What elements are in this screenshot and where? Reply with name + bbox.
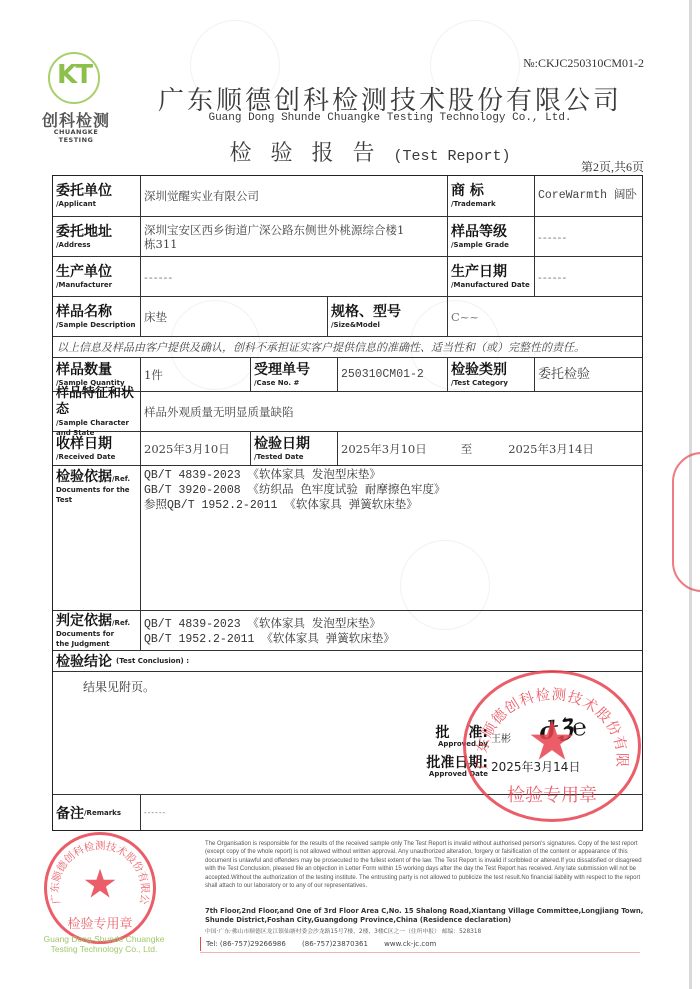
report-number: №:CKJC250310CM01-2 [523, 56, 644, 71]
logo-mark: KT [48, 60, 100, 90]
table-row: 委托单位 /Applicant 深圳觉醒实业有限公司 商 标 /Trademar… [53, 176, 642, 216]
test-category-label: 检验类别 /Test Category [447, 358, 534, 391]
table-row: 样品数量 /Sample Quantity 1件 受理单号 /Case No. … [53, 357, 642, 391]
sample-grade-label: 样品等级 /Sample Grade [447, 217, 534, 256]
star-icon: ★ [82, 861, 118, 907]
list-item: 参照QB/T 1952.2-2011 《软体家具 弹簧软床垫》 [144, 498, 418, 513]
company-logo: KT 创科检测 CHUANGKE TESTING [36, 52, 116, 140]
list-item: QB/T 4839-2023 《软体家具 发泡型床垫》 [144, 468, 381, 483]
edge-stamp [672, 452, 700, 592]
table-row: 判定依据/Ref. Documents for the Judgment QB/… [53, 610, 642, 650]
table-row: 样品特征和状态 /Sample Character and State 样品外观… [53, 391, 642, 431]
list-item: GB/T 3920-2008 《纺织品 色牢度试验 耐摩擦色牢度》 [144, 483, 445, 498]
table-row: 检验结论 (Test Conclusion) : [53, 650, 642, 671]
manufactured-date-value: ------ [534, 257, 642, 296]
sample-description-label: 样品名称 /Sample Description [53, 297, 140, 336]
footer-company-en: Guang Dong Shunde Chuangke Testing Techn… [36, 934, 172, 954]
website-link[interactable]: www.ck-jc.com [384, 940, 436, 948]
stamp-bottom-text: 检验专用章 [466, 781, 638, 807]
manufacturer-label: 生产单位 /Manufacturer [53, 257, 140, 296]
test-documents-label: 检验依据/Ref. Documents for the Test [53, 466, 140, 610]
conclusion-label: 检验结论 (Test Conclusion) : [53, 651, 189, 671]
manufactured-date-label: 生产日期 /Manufactured Date [447, 257, 534, 296]
judgment-documents-label: 判定依据/Ref. Documents for the Judgment [53, 611, 140, 650]
table-row: 样品名称 /Sample Description 床垫 规格、型号 /Size&… [53, 296, 642, 336]
tested-date-label: 检验日期 /Tested Date [250, 432, 337, 465]
list-item: QB/T 1952.2-2011 《软体家具 弹簧软床垫》 [144, 632, 395, 647]
sample-grade-value: ------ [534, 217, 642, 256]
star-icon: ★ [527, 708, 577, 773]
manufacturer-value: ------ [140, 257, 447, 296]
footer-stamp: 广东顺德创科检测技术股份有限公司 ★ 检验专用章 [44, 832, 156, 944]
disclaimer-text: 以上信息及样品由客户提供及确认，创科不承担证实客户提供信息的准确性、适当性和（或… [53, 337, 589, 357]
applicant-value: 深圳觉醒实业有限公司 [140, 176, 447, 216]
sample-state-value: 样品外观质量无明显质量缺陷 [140, 392, 642, 431]
logo-text-en: CHUANGKE TESTING [36, 128, 116, 144]
table-row: 委托地址 /Address 深圳宝安区西乡街道广深公路东侧世外桃源综合楼1 栋3… [53, 216, 642, 256]
table-row: 以上信息及样品由客户提供及确认，创科不承担证实客户提供信息的准确性、适当性和（或… [53, 336, 642, 357]
page-count: 第2页,共6页 [581, 158, 644, 175]
address-value: 深圳宝安区西乡街道广深公路东侧世外桃源综合楼1 栋311 [140, 217, 447, 256]
received-date-label: 收样日期 /Received Date [53, 432, 140, 465]
table-row: 收样日期 /Received Date 2025年3月10日 检验日期 /Tes… [53, 431, 642, 465]
applicant-label: 委托单位 /Applicant [53, 176, 140, 216]
trademark-value: CoreWarmth 阔卧 [534, 176, 642, 216]
sample-state-label: 样品特征和状态 /Sample Character and State [53, 392, 140, 431]
table-row: 检验依据/Ref. Documents for the Test QB/T 48… [53, 465, 642, 610]
divider [200, 952, 640, 953]
table-row: 生产单位 /Manufacturer ------ 生产日期 /Manufact… [53, 256, 642, 296]
test-category-value: 委托检验 [534, 358, 642, 391]
remarks-label: 备注 /Remarks [53, 795, 140, 830]
case-no-label: 受理单号 /Case No. # [250, 358, 337, 391]
report-title-cn: 检 验 报 告 [229, 141, 380, 166]
contact-bar: Tel: (86-757)29266986 (86-757)23870361 w… [200, 937, 640, 951]
sample-description-value: 床垫 [140, 297, 327, 336]
legal-notice: The Organisation is responsible for the … [205, 840, 645, 890]
size-model-value: C~~ [447, 297, 642, 336]
test-documents-list: QB/T 4839-2023 《软体家具 发泡型床垫》 GB/T 3920-20… [140, 466, 642, 610]
judgment-documents-list: QB/T 4839-2023 《软体家具 发泡型床垫》 QB/T 1952.2-… [140, 611, 642, 650]
stamp-bottom-text: 检验专用章 [47, 913, 153, 932]
received-date-value: 2025年3月10日 [140, 432, 250, 465]
report-title-en: (Test Report) [393, 148, 510, 165]
sample-quantity-value: 1件 [140, 358, 250, 391]
phone-2: (86-757)23870361 [302, 940, 368, 948]
list-item: QB/T 4839-2023 《软体家具 发泡型床垫》 [144, 617, 381, 632]
size-model-label: 规格、型号 /Size&Model [327, 297, 447, 336]
phone-1: Tel: (86-757)29266986 [206, 940, 286, 948]
case-no-value: 250310CM01-2 [337, 358, 447, 391]
trademark-label: 商 标 /Trademark [447, 176, 534, 216]
company-name-en: Guang Dong Shunde Chuangke Testing Techn… [150, 112, 630, 124]
address-cn: 中国·广东·佛山市顺德区龙江镇仙塘村委会沙龙路15号7楼、2楼、3楼C区之一（住… [205, 926, 645, 935]
tested-date-value: 2025年3月10日 至 2025年3月14日 [337, 432, 642, 465]
address-label: 委托地址 /Address [53, 217, 140, 256]
conclusion-value: 结果见附页。 [83, 678, 155, 695]
address-en: 7th Floor,2nd Floor,and One of 3rd Floor… [205, 907, 645, 924]
report-title: 检 验 报 告 (Test Report) [160, 136, 580, 167]
approval-stamp: 广东顺德创科检测技术股份有限公司 ★ 检验专用章 [463, 670, 641, 822]
